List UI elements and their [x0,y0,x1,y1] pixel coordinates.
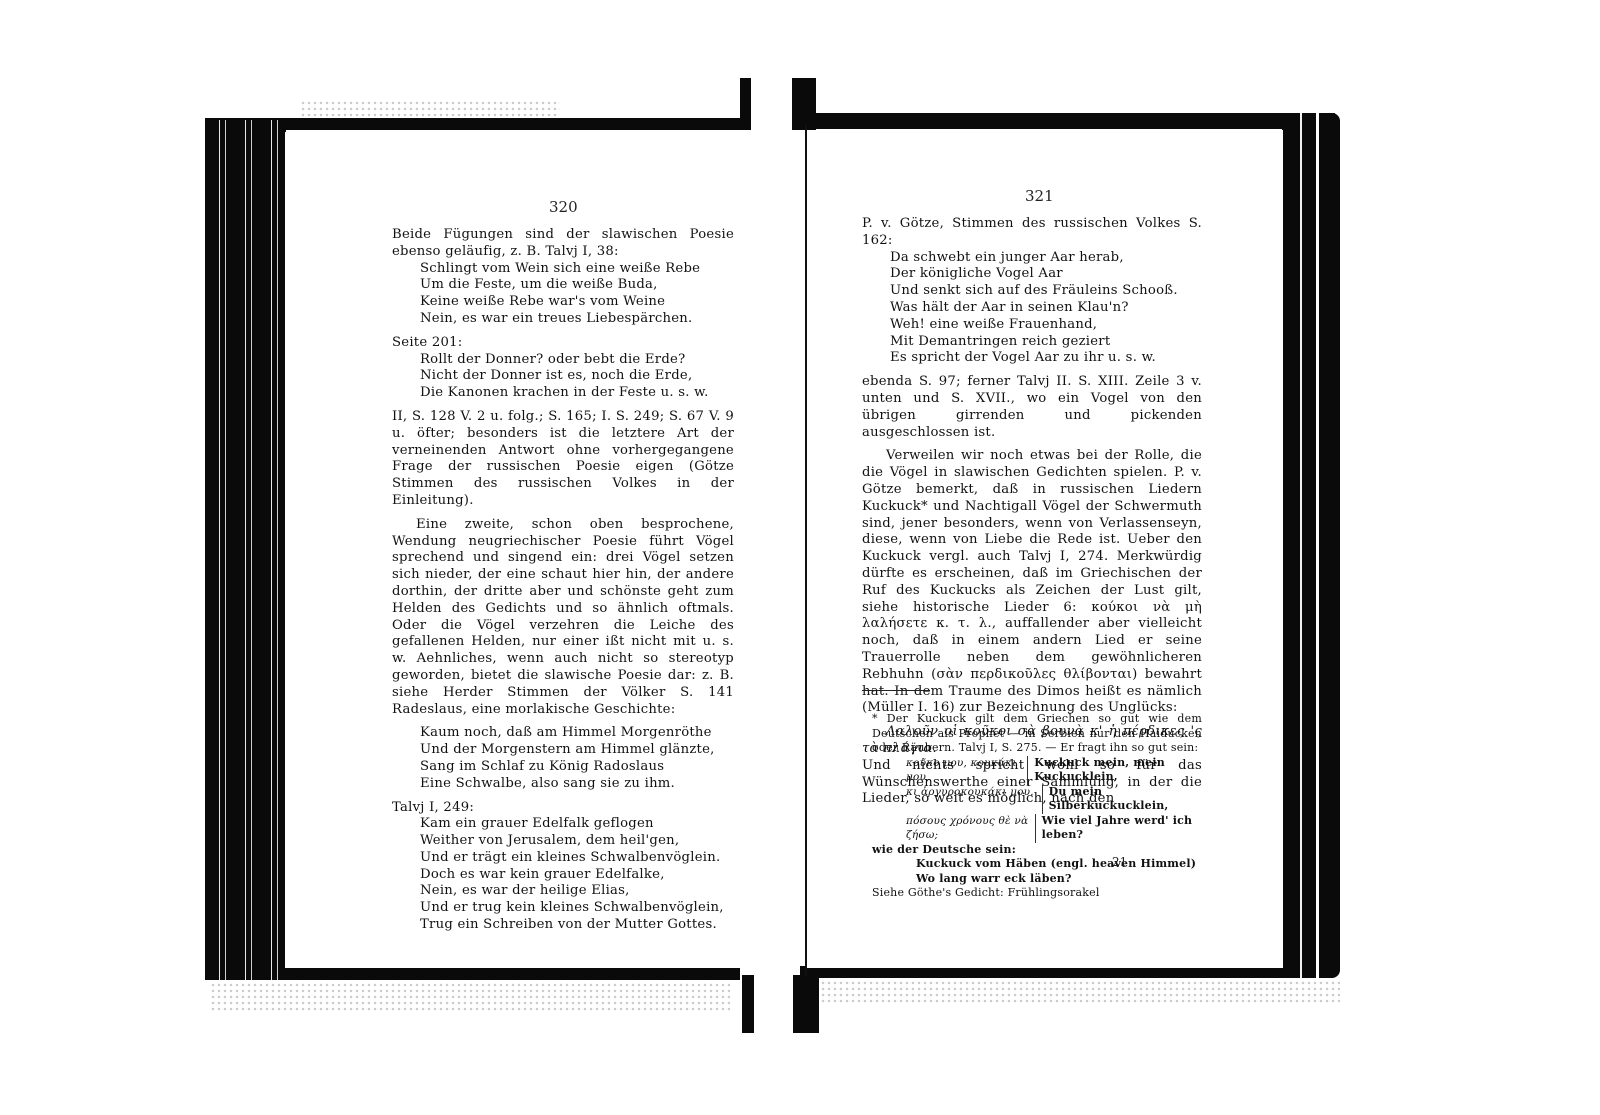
spacer [392,402,734,409]
footnote-parallel-row: κι ἀργυροκουκάκι μου.Du mein Silberkucku… [906,785,1202,814]
verse-line: Doch es war kein grauer Edelfalke, [420,867,734,884]
spine-clip [793,975,819,1033]
footnote: * Der Kuckuck gilt dem Griechen so gut w… [872,712,1202,901]
footnote-rule [862,690,930,691]
verse-line: Schlingt vom Wein sich eine weiße Rebe [420,261,734,278]
footnote-intro: * Der Kuckuck gilt dem Griechen so gut w… [872,712,1202,756]
verse-line: Weh! eine weiße Frauenhand, [890,317,1202,334]
verse-line: Und er trug kein kleines Schwalbenvöglei… [420,900,734,917]
verse-line: Und der Morgenstern am Himmel glänzte, [420,742,734,759]
paragraph: Eine zweite, schon oben besprochene, Wen… [392,517,734,719]
footnote-parallel-row: κοῦκο μου, κουκάκι μου,Kuckuck mein, mei… [906,756,1202,785]
verse-line: Was hält der Aar in seinen Klau'n? [890,300,1202,317]
verse-line: Nein, es war ein treues Liebespärchen. [420,311,734,328]
verse-line: Weither von Jerusalem, dem heil'gen, [420,833,734,850]
verse-line: Kam ein grauer Edelfalk geflogen [420,816,734,833]
footnote-verse-line: Kuckuck vom Häben (engl. heaven Himmel) [916,857,1202,872]
spacer [862,441,1202,448]
spacer [392,718,734,725]
verse-line: Trug ein Schreiben von der Mutter Gottes… [420,917,734,934]
spine-clip [742,975,754,1033]
german-text: Wie viel Jahre werd' ich leben? [1036,814,1202,843]
greek-text: κοῦκο μου, κουκάκι μου, [906,756,1028,785]
page-stack-left [205,120,285,980]
signature-mark: 21 [1112,855,1127,869]
german-text: Kuckuck mein, mein Kuckucklein, [1028,756,1202,785]
page-number-left: 320 [549,198,578,216]
scan-noise [210,982,730,1012]
verse-line: Rollt der Donner? oder bebt die Erde? [420,352,734,369]
verse-line: Und senkt sich auf des Fräuleins Schooß. [890,283,1202,300]
footnote-closing: Siehe Göthe's Gedicht: Frühlingsorakel [872,886,1202,901]
verse-line: Um die Feste, um die weiße Buda, [420,277,734,294]
spacer [392,793,734,800]
verse-line: Es spricht der Vogel Aar zu ihr u. s. w. [890,350,1202,367]
left-page-text: Beide Fügungen sind der slawischen Poesi… [392,227,734,941]
footnote-parallel-row: πόσους χρόνους θὲ νὰ ζήσω;Wie viel Jahre… [906,814,1202,843]
verse-line: Nicht der Donner ist es, noch die Erde, [420,368,734,385]
footnote-verse-line: Wo lang warr eck läben? [916,872,1202,887]
verse-line: Eine Schwalbe, also sang sie zu ihm. [420,776,734,793]
page-number-right: 321 [1025,187,1054,205]
verse-line: Die Kanonen krachen in der Feste u. s. w… [420,385,734,402]
paragraph: ebenda S. 97; ferner Talvj II. S. XIII. … [862,374,1202,441]
scan-noise [300,100,560,118]
book-spread: 320 Beide Fügungen sind der slawischen P… [0,0,1600,1115]
paragraph: II, S. 128 V. 2 u. folg.; S. 165; I. S. … [392,409,734,510]
greek-text: πόσους χρόνους θὲ νὰ ζήσω; [906,814,1036,843]
spacer [392,934,734,941]
verse-line: Sang im Schlaf zu König Radoslaus [420,759,734,776]
verse-line: Der königliche Vogel Aar [890,266,1202,283]
spine-clip [740,78,751,130]
verse-line: Da schwebt ein junger Aar herab, [890,250,1202,267]
page-stack-right [1282,113,1340,978]
gutter [805,125,807,975]
book-cover-edge [205,968,740,980]
scan-noise [820,980,1340,1004]
verse-line: Mit Demantringen reich geziert [890,334,1202,351]
verse-line: Keine weiße Rebe war's vom Weine [420,294,734,311]
german-text: Du mein Silberkuckucklein, [1043,785,1202,814]
spacer [392,328,734,335]
paragraph: Talvj I, 249: [392,800,734,817]
footnote-bridge: wie der Deutsche sein: [872,843,1202,858]
paragraph: Beide Fügungen sind der slawischen Poesi… [392,227,734,261]
spacer [392,510,734,517]
spine-clip [792,78,816,130]
paragraph: Seite 201: [392,335,734,352]
verse-line: Und er trägt ein kleines Schwalbenvöglei… [420,850,734,867]
paragraph: P. v. Götze, Stimmen des russischen Volk… [862,216,1202,250]
verse-line: Kaum noch, daß am Himmel Morgenröthe [420,725,734,742]
book-cover-edge [800,113,1335,129]
verse-line: Nein, es war der heilige Elias, [420,883,734,900]
spacer [862,367,1202,374]
greek-text: κι ἀργυροκουκάκι μου. [906,785,1043,814]
paragraph: Verweilen wir noch etwas bei der Rolle, … [862,448,1202,717]
